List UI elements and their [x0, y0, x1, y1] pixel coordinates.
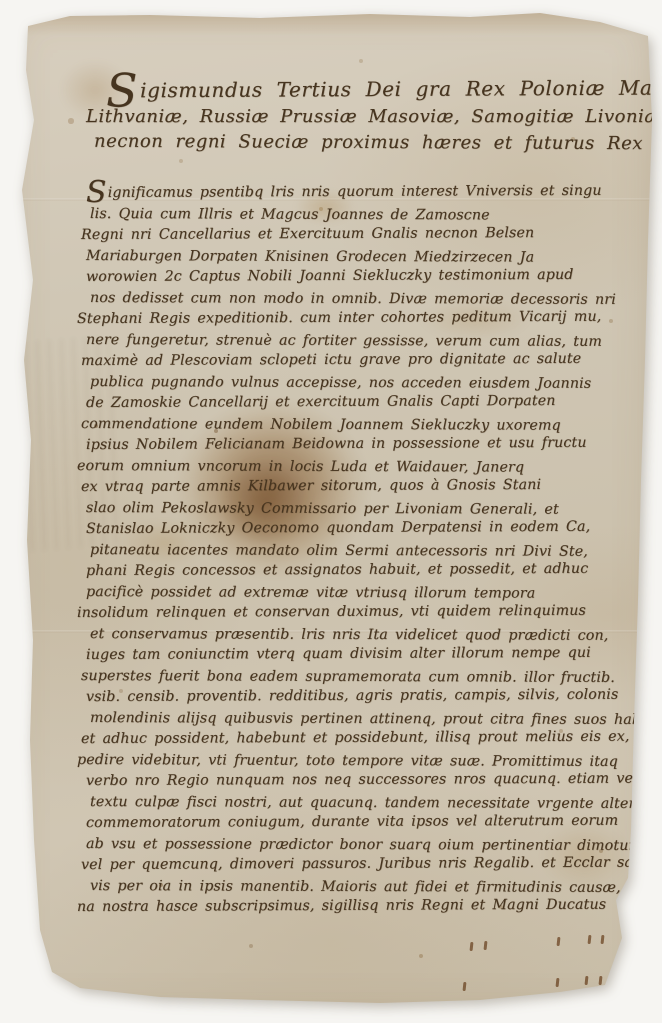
- manuscript-line: Stanislao Lokniczky Oeconomo quondam Der…: [86, 516, 662, 540]
- manuscript-photo: Sigismundus Tertius Dei gra Rex Poloniæ …: [0, 0, 662, 1023]
- manuscript-line: Stephani Regis expeditionib. cum inter c…: [77, 306, 662, 330]
- paper-speckles: [0, 0, 2, 2]
- manuscript-line: vel per quemcunq, dimoveri passuros. Jur…: [81, 852, 662, 876]
- manuscript-line: et adhuc possident, habebunt et possideb…: [81, 726, 662, 750]
- manuscript-line: de Zamoskie Cancellarij et exercituum Gn…: [86, 390, 662, 414]
- manuscript-line: Significamus psentibq lris nris quorum i…: [86, 180, 662, 204]
- heading-line-2: Lithvaniæ, Russiæ Prussiæ Masoviæ, Samog…: [86, 104, 656, 130]
- manuscript-line: worowien 2c Captus Nobili Joanni Siekluc…: [86, 264, 662, 288]
- parchment-page: Sigismundus Tertius Dei gra Rex Poloniæ …: [0, 0, 662, 1023]
- manuscript-line: ex vtraq parte amnis Kilbawer sitorum, q…: [81, 474, 662, 498]
- paper-shadow: Sigismundus Tertius Dei gra Rex Poloniæ …: [0, 0, 662, 1023]
- heading-line-3: necnon regni Sueciæ proximus hæres et fu…: [94, 129, 656, 157]
- manuscript-line: verbo nro Regio nunquam nos neq successo…: [86, 768, 662, 792]
- manuscript-line: maximè ad Plescoviam sclopeti ictu grave…: [81, 348, 662, 372]
- heading-line-1: Sigismundus Tertius Dei gra Rex Poloniæ …: [106, 73, 656, 106]
- manuscript-line: Regni nri Cancellarius et Exercituum Gna…: [81, 222, 662, 246]
- manuscript-line: na nostra hasce subscripsimus, sigillisq…: [77, 894, 662, 918]
- manuscript-line: phani Regis concessos et assignatos habu…: [86, 558, 662, 582]
- manuscript-line: vsib. censib. proventib. redditibus, agr…: [86, 684, 662, 708]
- manuscript-line: commemoratorum coniugum, durante vita ip…: [86, 810, 662, 834]
- heading-line-1-text: igismundus Tertius Dei gra Rex Poloniæ M…: [140, 75, 662, 102]
- manuscript-line: insolidum relinquen et conservan duximus…: [77, 600, 662, 624]
- heading-initial: S: [106, 63, 138, 117]
- document-body: Significamus psentibq lris nris quorum i…: [86, 183, 662, 918]
- manuscript-line-text: ignificamus psentibq lris nris quorum in…: [108, 183, 602, 201]
- document-heading: Sigismundus Tertius Dei gra Rex Poloniæ …: [86, 74, 656, 156]
- handwritten-text-layer: Sigismundus Tertius Dei gra Rex Poloniæ …: [0, 0, 662, 1023]
- manuscript-line: ipsius Nobilem Felicianam Beidowna in po…: [86, 432, 662, 456]
- manuscript-line: iuges tam coniunctim vterq quam divisim …: [86, 642, 662, 666]
